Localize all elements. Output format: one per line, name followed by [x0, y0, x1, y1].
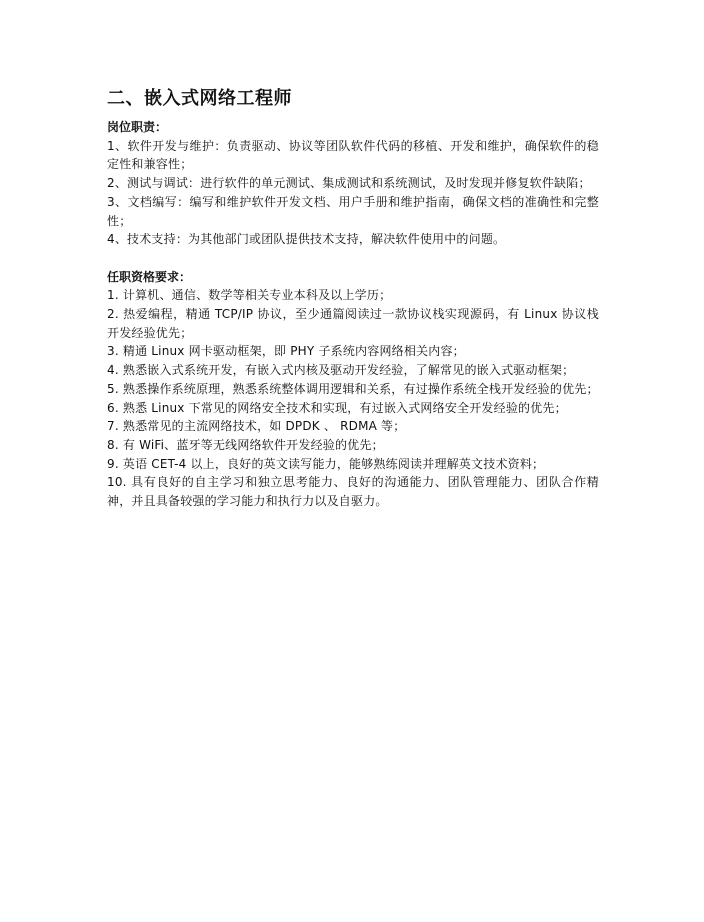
responsibility-item: 2、测试与调试：进行软件的单元测试、集成测试和系统测试，及时发现并修复软件缺陷； [107, 174, 599, 193]
requirement-item: 8. 有 WiFi、蓝牙等无线网络软件开发经验的优先； [107, 436, 599, 455]
requirement-item: 1. 计算机、通信、数学等相关专业本科及以上学历； [107, 286, 599, 305]
responsibility-item: 1、软件开发与维护：负责驱动、协议等团队软件代码的移植、开发和维护，确保软件的稳… [107, 137, 599, 174]
requirement-item: 5. 熟悉操作系统原理，熟悉系统整体调用逻辑和关系，有过操作系统全栈开发经验的优… [107, 380, 599, 399]
requirement-item: 10. 具有良好的自主学习和独立思考能力、良好的沟通能力、团队管理能力、团队合作… [107, 473, 599, 510]
requirement-item: 4. 熟悉嵌入式系统开发，有嵌入式内核及驱动开发经验，了解常见的嵌入式驱动框架； [107, 361, 599, 380]
requirement-item: 3. 精通 Linux 网卡驱动框架，即 PHY 子系统内容网络相关内容； [107, 342, 599, 361]
requirement-item: 6. 熟悉 Linux 下常见的网络安全技术和实现，有过嵌入式网络安全开发经验的… [107, 399, 599, 418]
document-title: 二、嵌入式网络工程师 [107, 86, 599, 112]
requirement-item: 9. 英语 CET-4 以上，良好的英文读写能力，能够熟练阅读并理解英文技术资料… [107, 455, 599, 474]
responsibility-item: 3、文档编写：编写和维护软件开发文档、用户手册和维护指南，确保文档的准确性和完整… [107, 193, 599, 230]
requirements-section: 任职资格要求： 1. 计算机、通信、数学等相关专业本科及以上学历； 2. 热爱编… [107, 268, 599, 511]
section-spacer [107, 249, 599, 268]
requirements-label: 任职资格要求： [107, 268, 599, 287]
responsibility-item: 4、技术支持：为其他部门或团队提供技术支持，解决软件使用中的问题。 [107, 230, 599, 249]
requirement-item: 7. 熟悉常见的主流网络技术，如 DPDK 、 RDMA 等； [107, 417, 599, 436]
responsibilities-label: 岗位职责： [107, 118, 599, 137]
document-page: 二、嵌入式网络工程师 岗位职责： 1、软件开发与维护：负责驱动、协议等团队软件代… [107, 86, 599, 511]
requirement-item: 2. 热爱编程，精通 TCP/IP 协议，至少通篇阅读过一款协议栈实现源码，有 … [107, 305, 599, 342]
responsibilities-section: 岗位职责： 1、软件开发与维护：负责驱动、协议等团队软件代码的移植、开发和维护，… [107, 118, 599, 249]
